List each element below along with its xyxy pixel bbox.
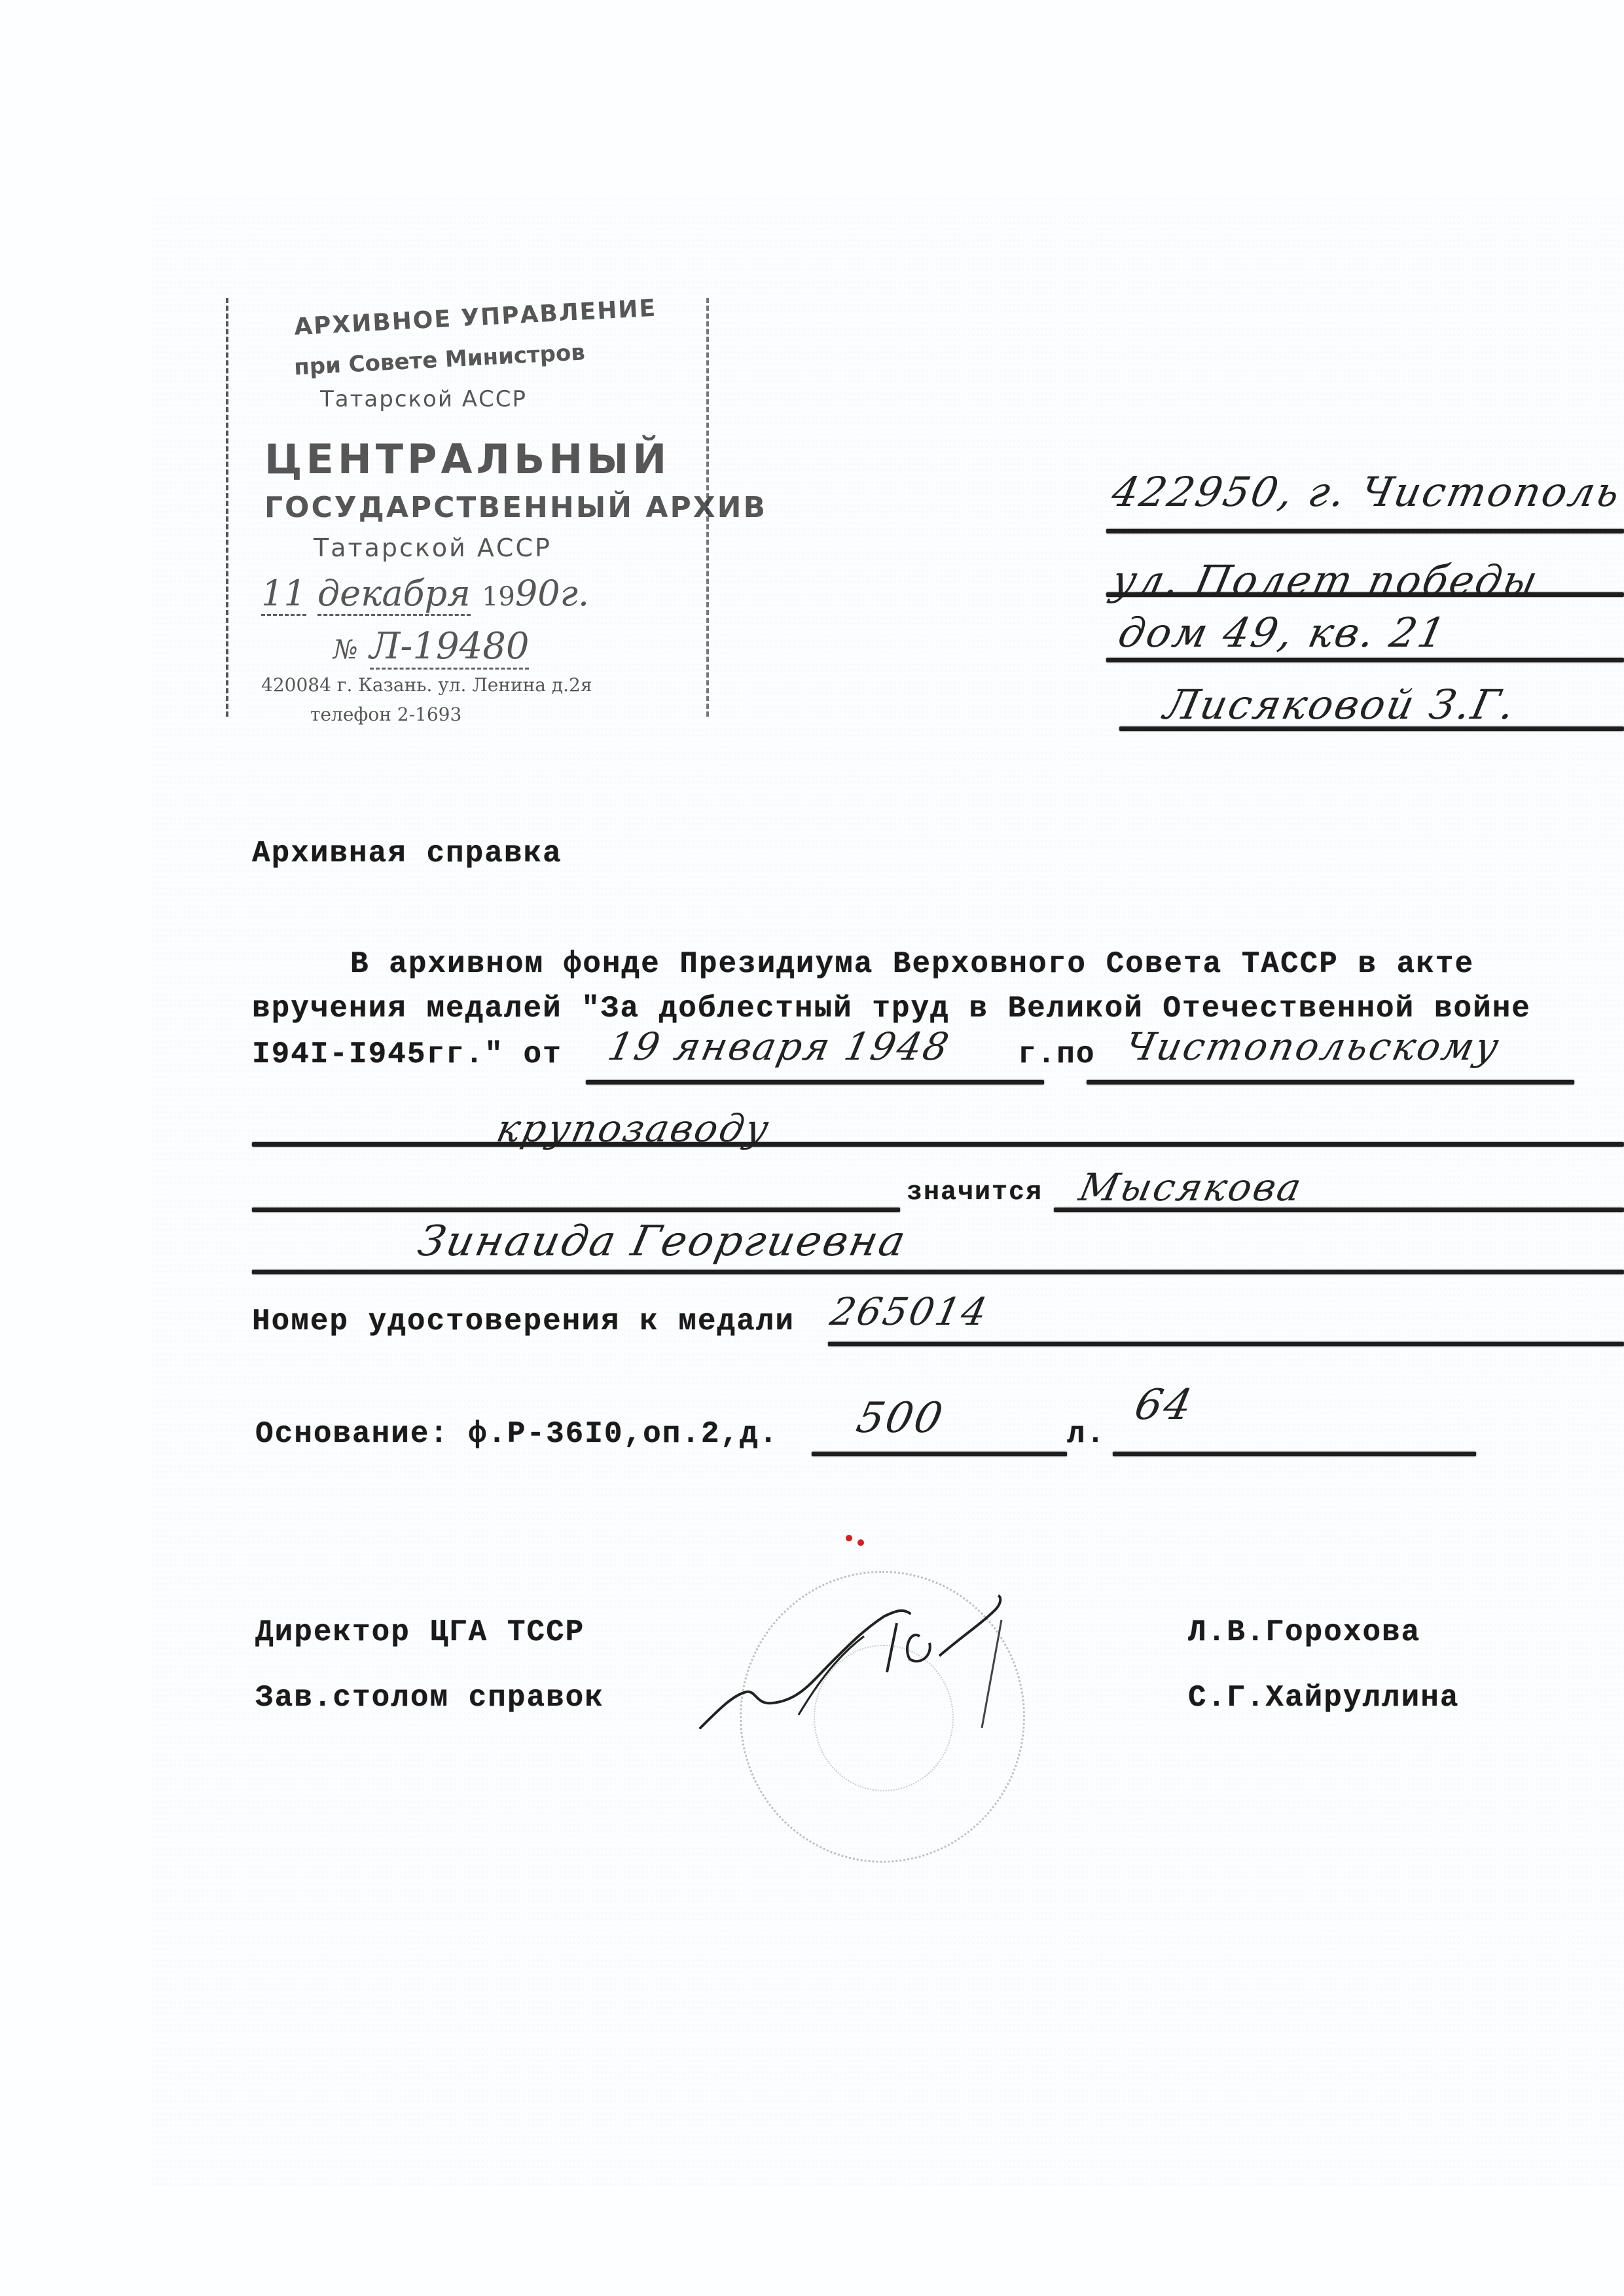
basis-list-rule	[1113, 1452, 1476, 1456]
first-name-patronymic-handwritten: Зинаида Георгиевна	[414, 1217, 911, 1266]
znachitsya-rule-left	[252, 1208, 900, 1212]
director-title: Директор ЦГА ТССР	[255, 1615, 585, 1649]
award-date-handwritten: 19 января 1948	[604, 1024, 954, 1069]
stamp-date: 11 декабря 1990г.	[261, 573, 589, 616]
clerk-name: С.Г.Хайруллина	[1188, 1681, 1459, 1715]
stamp-address: 420084 г. Казань. ул. Ленина д.2я	[261, 674, 592, 696]
paragraph-line-3-prefix: I94I-I945гг." от	[252, 1037, 562, 1071]
stamp-date-year-suffix: 90г.	[515, 573, 589, 614]
recipient-rule-3	[1106, 658, 1624, 662]
recipient-line-3: дом 49, кв. 21	[1114, 609, 1451, 656]
name-rule	[252, 1270, 1624, 1274]
recipient-rule-4	[1119, 726, 1624, 731]
recipient-rule-2	[1106, 592, 1624, 597]
recipient-rule-1	[1106, 529, 1624, 533]
stamp-number-value: Л-19480	[370, 625, 530, 670]
stamp-phone: телефон 2-1693	[310, 704, 461, 725]
stamp-line-5: ГОСУДАРСТВЕННЫЙ АРХИВ	[264, 491, 767, 524]
paragraph-line-1: В архивном фонде Президиума Верховного С…	[350, 947, 1474, 981]
organization-rule-1	[1087, 1080, 1574, 1085]
recipient-line-4: Лисяковой З.Г.	[1160, 681, 1521, 728]
stamp-line-3: Татарской АССР	[320, 386, 527, 412]
znachitsya-label: значится	[907, 1178, 1043, 1208]
red-ink-mark	[846, 1535, 852, 1541]
paragraph-line-2: вручения медалей "За доблестный труд в В…	[252, 992, 1531, 1026]
basis-list-handwritten: 64	[1130, 1381, 1198, 1429]
paragraph-line-3-mid: г.по	[1018, 1037, 1095, 1071]
stamp-line-2: при Совете Министров	[293, 339, 586, 380]
archive-stamp: АРХИВНОЕ УПРАВЛЕНИЕ при Совете Министров…	[226, 298, 709, 717]
surname-handwritten: Мысякова	[1075, 1165, 1307, 1210]
basis-delo-handwritten: 500	[852, 1394, 948, 1443]
certificate-number-handwritten: 265014	[827, 1289, 993, 1334]
certificate-rule	[828, 1342, 1624, 1346]
basis-label: Основание: ф.Р-36I0,оп.2,д.	[255, 1417, 778, 1451]
clerk-title: Зав.столом справок	[255, 1681, 604, 1715]
signature-icon	[694, 1551, 1034, 1748]
stamp-number: № Л-19480	[333, 625, 529, 670]
organization-rule-2	[252, 1142, 1624, 1147]
surname-rule	[1054, 1208, 1624, 1212]
red-ink-mark	[857, 1539, 864, 1546]
basis-list-label: л.	[1067, 1417, 1106, 1451]
stamp-date-month: декабря	[317, 573, 471, 616]
scanned-page: АРХИВНОЕ УПРАВЛЕНИЕ при Совете Министров…	[0, 0, 1624, 2296]
certificate-label: Номер удостоверения к медали	[252, 1304, 795, 1338]
document-title: Архивная справка	[252, 836, 562, 870]
recipient-line-2: ул. Полет победы	[1108, 556, 1543, 604]
organization-handwritten-1: Чистопольскому	[1121, 1024, 1505, 1069]
stamp-line-1: АРХИВНОЕ УПРАВЛЕНИЕ	[293, 295, 657, 341]
stamp-line-6: Татарской АССР	[314, 533, 552, 562]
award-date-rule	[586, 1080, 1044, 1085]
basis-delo-rule	[812, 1452, 1067, 1456]
stamp-line-4: ЦЕНТРАЛЬНЫЙ	[264, 435, 670, 483]
stamp-date-year-prefix: 19	[482, 582, 515, 612]
director-name: Л.В.Горохова	[1188, 1615, 1420, 1649]
stamp-number-label: №	[333, 635, 358, 665]
stamp-date-day: 11	[261, 573, 306, 616]
recipient-line-1: 422950, г. Чистополь	[1108, 468, 1624, 516]
